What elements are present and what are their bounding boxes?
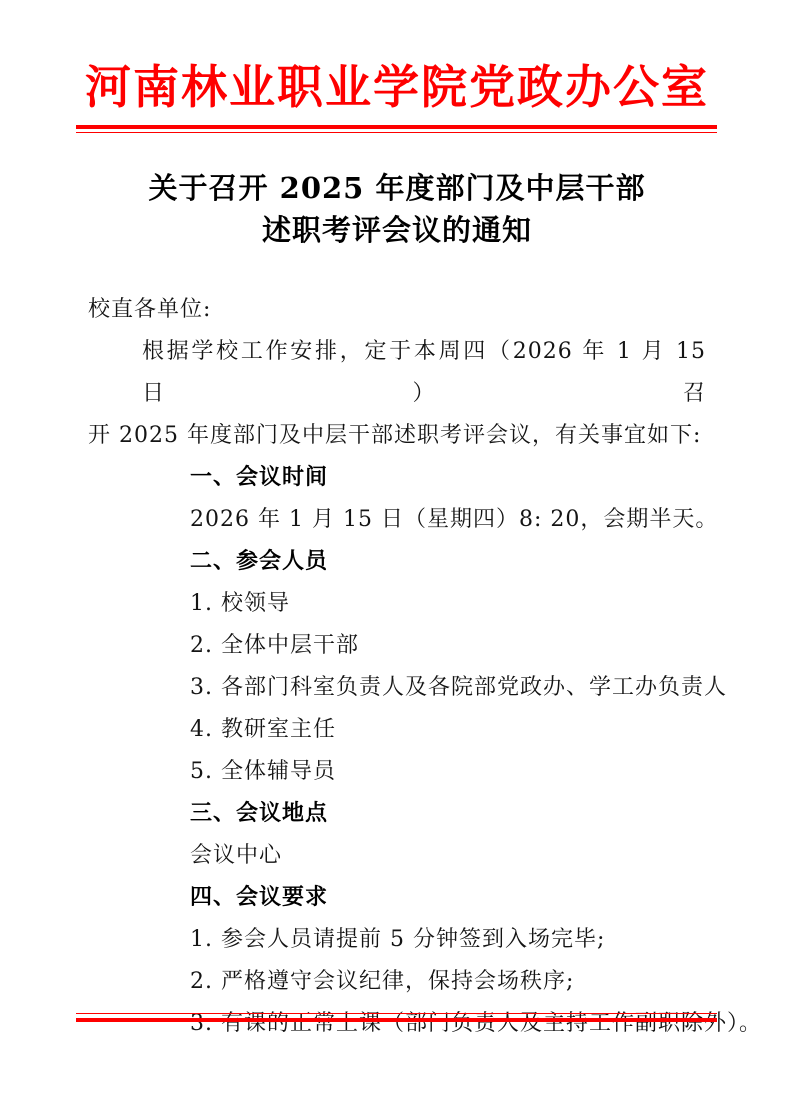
footer-divider-thick <box>76 1018 717 1022</box>
section-4-item-2: 2. 严格遵守会议纪律，保持会场秩序; <box>190 961 706 1003</box>
section-2-item-2: 2. 全体中层干部 <box>190 625 706 667</box>
section-2-item-4: 4. 教研室主任 <box>190 709 706 751</box>
intro-paragraph-line2: 开 2025 年度部门及中层干部述职考评会议，有关事宜如下: <box>88 415 706 457</box>
section-4-item-1: 1. 参会人员请提前 5 分钟签到入场完毕; <box>190 919 706 961</box>
salutation: 校直各单位: <box>88 289 706 331</box>
document-page: 河南林业职业学院党政办公室 关于召开 2025 年度部门及中层干部 述职考评会议… <box>0 0 794 1108</box>
section-1-item-1: 2026 年 1 月 15 日（星期四）8: 20，会期半天。 <box>190 499 706 541</box>
section-2-item-3: 3. 各部门科室负责人及各院部党政办、学工办负责人 <box>190 667 706 709</box>
intro-paragraph-line1: 根据学校工作安排，定于本周四（2026 年 1 月 15 日）召 <box>88 331 706 415</box>
sections-block: 一、会议时间 2026 年 1 月 15 日（星期四）8: 20，会期半天。 二… <box>190 457 706 1045</box>
section-2-item-5: 5. 全体辅导员 <box>190 751 706 793</box>
section-3-item-1: 会议中心 <box>190 835 706 877</box>
header-divider-thin <box>76 132 717 133</box>
letterhead-office-name: 河南林业职业学院党政办公室 <box>0 56 794 118</box>
header-divider-thick <box>76 125 717 129</box>
section-4-heading: 四、会议要求 <box>190 877 706 919</box>
notice-title: 关于召开 2025 年度部门及中层干部 述职考评会议的通知 <box>0 167 794 251</box>
section-2-heading: 二、参会人员 <box>190 541 706 583</box>
document-body: 校直各单位: 根据学校工作安排，定于本周四（2026 年 1 月 15 日）召 … <box>88 289 706 1045</box>
notice-title-line2: 述职考评会议的通知 <box>0 209 794 251</box>
section-1-heading: 一、会议时间 <box>190 457 706 499</box>
notice-title-line1: 关于召开 2025 年度部门及中层干部 <box>0 167 794 209</box>
footer-divider-thin <box>76 1013 717 1014</box>
section-3-heading: 三、会议地点 <box>190 793 706 835</box>
section-2-item-1: 1. 校领导 <box>190 583 706 625</box>
section-4-item-3: 3. 有课的正常上课（部门负责人及主持工作副职除外）。 <box>190 1003 706 1045</box>
